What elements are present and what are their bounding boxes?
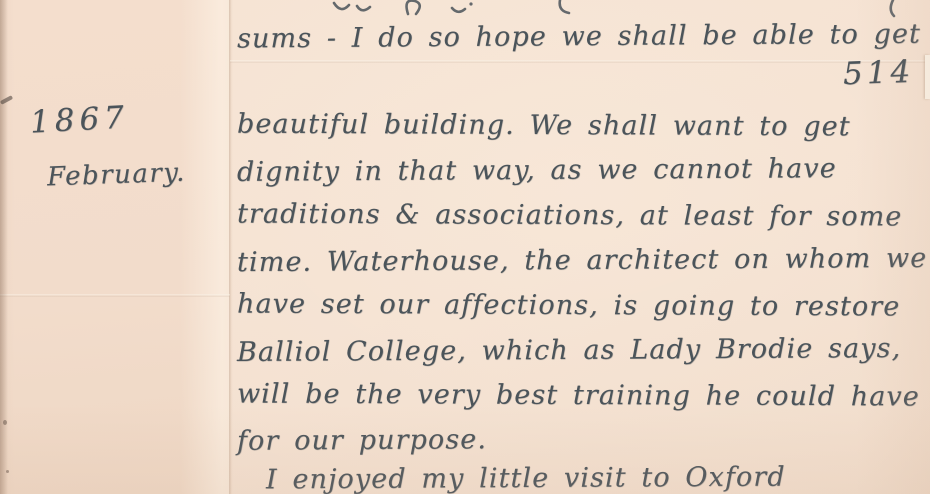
vertical-fold-crease	[229, 0, 233, 494]
cropped-line-strokes	[0, 0, 930, 20]
manuscript-line: traditions & associations, at least for …	[237, 199, 903, 233]
manuscript-line: for our purpose.	[237, 424, 487, 457]
margin-month: February.	[47, 158, 187, 193]
diary-page-scan: 1867 February. sums - I do so hope we sh…	[0, 0, 930, 494]
manuscript-line: have set our affections, is going to res…	[237, 289, 900, 323]
page-number: 514	[842, 54, 914, 92]
manuscript-line: dignity in that way, as we cannot have	[237, 153, 837, 188]
manuscript-line: will be the very best training he could …	[237, 379, 920, 413]
horizontal-crease-top	[230, 60, 930, 63]
carryover-line: sums - I do so hope we shall be able to …	[237, 19, 930, 55]
manuscript-line: time. Waterhouse, the architect on whom …	[237, 243, 927, 278]
right-edge-notch	[925, 55, 930, 99]
partial-last-line: I enjoyed my little visit to Oxford	[266, 462, 786, 494]
page-fold-left-margin	[0, 0, 230, 494]
manuscript-line: Balliol College, which as Lady Brodie sa…	[237, 333, 901, 368]
manuscript-line: beautiful building. We shall want to get	[237, 109, 851, 143]
paper-speck	[6, 470, 9, 473]
margin-year: 1867	[29, 99, 130, 140]
paper-speck	[3, 420, 7, 425]
